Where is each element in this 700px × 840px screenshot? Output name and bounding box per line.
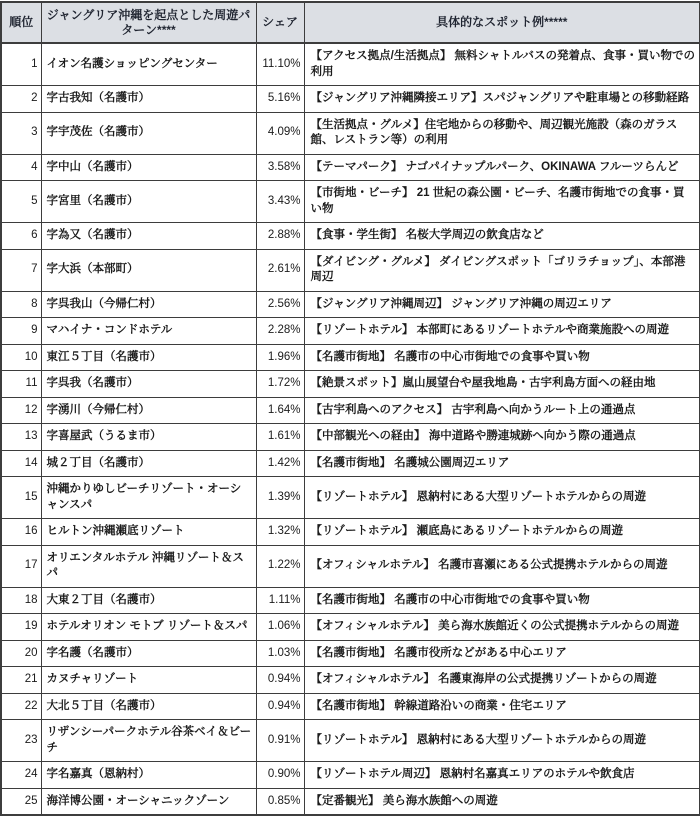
pattern-cell: カヌチャリゾート bbox=[41, 667, 256, 694]
rank-cell: 1 bbox=[1, 43, 41, 86]
table-row: 3字宇茂佐（名護市）4.09%【生活拠点・グルメ】住宅地からの移動や、周辺観光施… bbox=[1, 112, 700, 154]
table-row: 8字呉我山（今帰仁村）2.56%【ジャングリア沖縄周辺】 ジャングリア沖縄の周辺… bbox=[1, 291, 700, 318]
rank-cell: 2 bbox=[1, 86, 41, 113]
rank-cell: 4 bbox=[1, 154, 41, 181]
pattern-cell: 字宮里（名護市） bbox=[41, 181, 256, 223]
spots-cell: 【オフィシャルホテル】 名護東海岸の公式提携リゾートからの周遊 bbox=[304, 667, 700, 694]
pattern-cell: 字中山（名護市） bbox=[41, 154, 256, 181]
spots-cell: 【名護市街地】 名護市の中心市街地での食事や買い物 bbox=[304, 344, 700, 371]
share-cell: 0.91% bbox=[256, 720, 304, 762]
pattern-cell: 大東２丁目（名護市） bbox=[41, 587, 256, 614]
table-row: 21カヌチャリゾート0.94%【オフィシャルホテル】 名護東海岸の公式提携リゾー… bbox=[1, 667, 700, 694]
spots-cell: 【生活拠点・グルメ】住宅地からの移動や、周辺観光施設（森のガラス館、レストラン等… bbox=[304, 112, 700, 154]
spots-cell: 【ダイビング・グルメ】 ダイビングスポット「ゴリラチョップ」、本部港周辺 bbox=[304, 249, 700, 291]
pattern-cell: マハイナ・コンドホテル bbox=[41, 318, 256, 345]
pattern-cell: 字喜屋武（うるま市） bbox=[41, 424, 256, 451]
rank-cell: 19 bbox=[1, 614, 41, 641]
rank-cell: 23 bbox=[1, 720, 41, 762]
spots-cell: 【名護市街地】 名護城公園周辺エリア bbox=[304, 450, 700, 477]
table-row: 4字中山（名護市）3.58%【テーマパーク】 ナゴパイナップルパーク、OKINA… bbox=[1, 154, 700, 181]
table-row: 17オリエンタルホテル 沖縄リゾート＆スパ1.22%【オフィシャルホテル】 名護… bbox=[1, 545, 700, 587]
pattern-cell: リザンシーパークホテル谷茶ベイ＆ビーチ bbox=[41, 720, 256, 762]
rank-cell: 20 bbox=[1, 640, 41, 667]
spots-cell: 【テーマパーク】 ナゴパイナップルパーク、OKINAWA フルーツらんど bbox=[304, 154, 700, 181]
rank-cell: 14 bbox=[1, 450, 41, 477]
share-cell: 1.64% bbox=[256, 397, 304, 424]
pattern-cell: 字呉我山（今帰仁村） bbox=[41, 291, 256, 318]
share-cell: 0.85% bbox=[256, 788, 304, 815]
rank-cell: 15 bbox=[1, 477, 41, 519]
page: 順位 ジャングリア沖縄を起点とした周遊パターン**** シェア 具体的なスポット… bbox=[0, 0, 700, 816]
rank-cell: 7 bbox=[1, 249, 41, 291]
spots-cell: 【名護市街地】 名護市の中心市街地での食事や買い物 bbox=[304, 587, 700, 614]
spots-cell: 【オフィシャルホテル】 名護市喜瀬にある公式提携ホテルからの周遊 bbox=[304, 545, 700, 587]
spots-cell: 【オフィシャルホテル】 美ら海水族館近くの公式提携ホテルからの周遊 bbox=[304, 614, 700, 641]
pattern-cell: 字古我知（名護市） bbox=[41, 86, 256, 113]
share-cell: 2.61% bbox=[256, 249, 304, 291]
pattern-cell: ホテルオリオン モトブ リゾート＆スパ bbox=[41, 614, 256, 641]
pattern-cell: 大北５丁目（名護市） bbox=[41, 693, 256, 720]
rank-cell: 9 bbox=[1, 318, 41, 345]
pattern-cell: オリエンタルホテル 沖縄リゾート＆スパ bbox=[41, 545, 256, 587]
pattern-cell: 沖縄かりゆしビーチリゾート・オーシャンスパ bbox=[41, 477, 256, 519]
rank-cell: 10 bbox=[1, 344, 41, 371]
table-row: 13字喜屋武（うるま市）1.61%【中部観光への経由】 海中道路や勝連城跡へ向か… bbox=[1, 424, 700, 451]
table-row: 22大北５丁目（名護市）0.94%【名護市街地】 幹線道路沿いの商業・住宅エリア bbox=[1, 693, 700, 720]
spots-cell: 【絶景スポット】嵐山展望台や屋我地島・古宇利島方面への経由地 bbox=[304, 371, 700, 398]
spots-cell: 【リゾートホテル】 恩納村にある大型リゾートホテルからの周遊 bbox=[304, 477, 700, 519]
rank-cell: 24 bbox=[1, 762, 41, 789]
share-cell: 0.94% bbox=[256, 693, 304, 720]
spots-cell: 【名護市街地】 幹線道路沿いの商業・住宅エリア bbox=[304, 693, 700, 720]
spots-cell: 【市街地・ビーチ】 21 世紀の森公園・ビーチ、名護市街地での食事・買い物 bbox=[304, 181, 700, 223]
rank-cell: 21 bbox=[1, 667, 41, 694]
header-row: 順位 ジャングリア沖縄を起点とした周遊パターン**** シェア 具体的なスポット… bbox=[1, 2, 700, 43]
rank-cell: 3 bbox=[1, 112, 41, 154]
spots-cell: 【古宇利島へのアクセス】 古宇利島へ向かうルート上の通過点 bbox=[304, 397, 700, 424]
spots-cell: 【中部観光への経由】 海中道路や勝連城跡へ向かう際の通過点 bbox=[304, 424, 700, 451]
share-cell: 1.32% bbox=[256, 519, 304, 546]
table-row: 19ホテルオリオン モトブ リゾート＆スパ1.06%【オフィシャルホテル】 美ら… bbox=[1, 614, 700, 641]
share-cell: 3.43% bbox=[256, 181, 304, 223]
share-cell: 1.39% bbox=[256, 477, 304, 519]
spots-cell: 【定番観光】 美ら海水族館への周遊 bbox=[304, 788, 700, 815]
spots-cell: 【アクセス拠点/生活拠点】 無料シャトルバスの発着点、食事・買い物での利用 bbox=[304, 43, 700, 86]
rank-cell: 13 bbox=[1, 424, 41, 451]
table-row: 10東江５丁目（名護市）1.96%【名護市街地】 名護市の中心市街地での食事や買… bbox=[1, 344, 700, 371]
table-row: 12字湧川（今帰仁村）1.64%【古宇利島へのアクセス】 古宇利島へ向かうルート… bbox=[1, 397, 700, 424]
col-header-share: シェア bbox=[256, 2, 304, 43]
share-cell: 0.94% bbox=[256, 667, 304, 694]
rank-cell: 17 bbox=[1, 545, 41, 587]
rank-cell: 8 bbox=[1, 291, 41, 318]
spots-cell: 【食事・学生街】 名桜大学周辺の飲食店など bbox=[304, 223, 700, 250]
table-row: 23リザンシーパークホテル谷茶ベイ＆ビーチ0.91%【リゾートホテル】 恩納村に… bbox=[1, 720, 700, 762]
pattern-cell: 字宇茂佐（名護市） bbox=[41, 112, 256, 154]
rank-cell: 6 bbox=[1, 223, 41, 250]
pattern-cell: 字為又（名護市） bbox=[41, 223, 256, 250]
rank-cell: 18 bbox=[1, 587, 41, 614]
share-cell: 2.28% bbox=[256, 318, 304, 345]
share-cell: 1.72% bbox=[256, 371, 304, 398]
share-cell: 1.42% bbox=[256, 450, 304, 477]
table-row: 20字名護（名護市）1.03%【名護市街地】 名護市役所などがある中心エリア bbox=[1, 640, 700, 667]
rank-cell: 25 bbox=[1, 788, 41, 815]
share-cell: 4.09% bbox=[256, 112, 304, 154]
table-row: 6字為又（名護市）2.88%【食事・学生街】 名桜大学周辺の飲食店など bbox=[1, 223, 700, 250]
rank-cell: 16 bbox=[1, 519, 41, 546]
pattern-cell: 字名護（名護市） bbox=[41, 640, 256, 667]
table-row: 7字大浜（本部町）2.61%【ダイビング・グルメ】 ダイビングスポット「ゴリラチ… bbox=[1, 249, 700, 291]
share-cell: 1.03% bbox=[256, 640, 304, 667]
share-cell: 2.56% bbox=[256, 291, 304, 318]
rank-cell: 11 bbox=[1, 371, 41, 398]
share-cell: 1.11% bbox=[256, 587, 304, 614]
share-cell: 11.10% bbox=[256, 43, 304, 86]
share-cell: 0.90% bbox=[256, 762, 304, 789]
col-header-spots: 具体的なスポット例***** bbox=[304, 2, 700, 43]
spots-cell: 【リゾートホテル】 瀬底島にあるリゾートホテルからの周遊 bbox=[304, 519, 700, 546]
table-row: 11字呉我（名護市）1.72%【絶景スポット】嵐山展望台や屋我地島・古宇利島方面… bbox=[1, 371, 700, 398]
spots-cell: 【リゾートホテル】 恩納村にある大型リゾートホテルからの周遊 bbox=[304, 720, 700, 762]
share-cell: 3.58% bbox=[256, 154, 304, 181]
share-cell: 2.88% bbox=[256, 223, 304, 250]
pattern-cell: 字名嘉真（恩納村） bbox=[41, 762, 256, 789]
share-cell: 1.06% bbox=[256, 614, 304, 641]
spots-cell: 【ジャングリア沖縄周辺】 ジャングリア沖縄の周辺エリア bbox=[304, 291, 700, 318]
spots-cell: 【ジャングリア沖縄隣接エリア】スパジャングリアや駐車場との移動経路 bbox=[304, 86, 700, 113]
table-body: 1イオン名護ショッピングセンター11.10%【アクセス拠点/生活拠点】 無料シャ… bbox=[1, 43, 700, 815]
pattern-cell: 東江５丁目（名護市） bbox=[41, 344, 256, 371]
table-row: 1イオン名護ショッピングセンター11.10%【アクセス拠点/生活拠点】 無料シャ… bbox=[1, 43, 700, 86]
table-row: 25海洋博公園・オーシャニックゾーン0.85%【定番観光】 美ら海水族館への周遊 bbox=[1, 788, 700, 815]
pattern-cell: 字大浜（本部町） bbox=[41, 249, 256, 291]
table-row: 2字古我知（名護市）5.16%【ジャングリア沖縄隣接エリア】スパジャングリアや駐… bbox=[1, 86, 700, 113]
pattern-cell: ヒルトン沖縄瀬底リゾート bbox=[41, 519, 256, 546]
table-row: 5字宮里（名護市）3.43%【市街地・ビーチ】 21 世紀の森公園・ビーチ、名護… bbox=[1, 181, 700, 223]
share-cell: 1.22% bbox=[256, 545, 304, 587]
pattern-cell: イオン名護ショッピングセンター bbox=[41, 43, 256, 86]
table-row: 15沖縄かりゆしビーチリゾート・オーシャンスパ1.39%【リゾートホテル】 恩納… bbox=[1, 477, 700, 519]
pattern-cell: 字湧川（今帰仁村） bbox=[41, 397, 256, 424]
pattern-cell: 字呉我（名護市） bbox=[41, 371, 256, 398]
share-cell: 1.61% bbox=[256, 424, 304, 451]
share-cell: 5.16% bbox=[256, 86, 304, 113]
rank-cell: 12 bbox=[1, 397, 41, 424]
table-row: 14城２丁目（名護市）1.42%【名護市街地】 名護城公園周辺エリア bbox=[1, 450, 700, 477]
col-header-pattern: ジャングリア沖縄を起点とした周遊パターン**** bbox=[41, 2, 256, 43]
table-row: 24字名嘉真（恩納村）0.90%【リゾートホテル周辺】 恩納村名嘉真エリアのホテ… bbox=[1, 762, 700, 789]
pattern-cell: 海洋博公園・オーシャニックゾーン bbox=[41, 788, 256, 815]
table-row: 18大東２丁目（名護市）1.11%【名護市街地】 名護市の中心市街地での食事や買… bbox=[1, 587, 700, 614]
spots-cell: 【リゾートホテル周辺】 恩納村名嘉真エリアのホテルや飲食店 bbox=[304, 762, 700, 789]
rank-cell: 22 bbox=[1, 693, 41, 720]
rank-cell: 5 bbox=[1, 181, 41, 223]
spots-cell: 【リゾートホテル】 本部町にあるリゾートホテルや商業施設への周遊 bbox=[304, 318, 700, 345]
col-header-rank: 順位 bbox=[1, 2, 41, 43]
tour-pattern-table: 順位 ジャングリア沖縄を起点とした周遊パターン**** シェア 具体的なスポット… bbox=[0, 1, 700, 816]
share-cell: 1.96% bbox=[256, 344, 304, 371]
table-row: 9マハイナ・コンドホテル2.28%【リゾートホテル】 本部町にあるリゾートホテル… bbox=[1, 318, 700, 345]
spots-cell: 【名護市街地】 名護市役所などがある中心エリア bbox=[304, 640, 700, 667]
table-row: 16ヒルトン沖縄瀬底リゾート1.32%【リゾートホテル】 瀬底島にあるリゾートホ… bbox=[1, 519, 700, 546]
pattern-cell: 城２丁目（名護市） bbox=[41, 450, 256, 477]
